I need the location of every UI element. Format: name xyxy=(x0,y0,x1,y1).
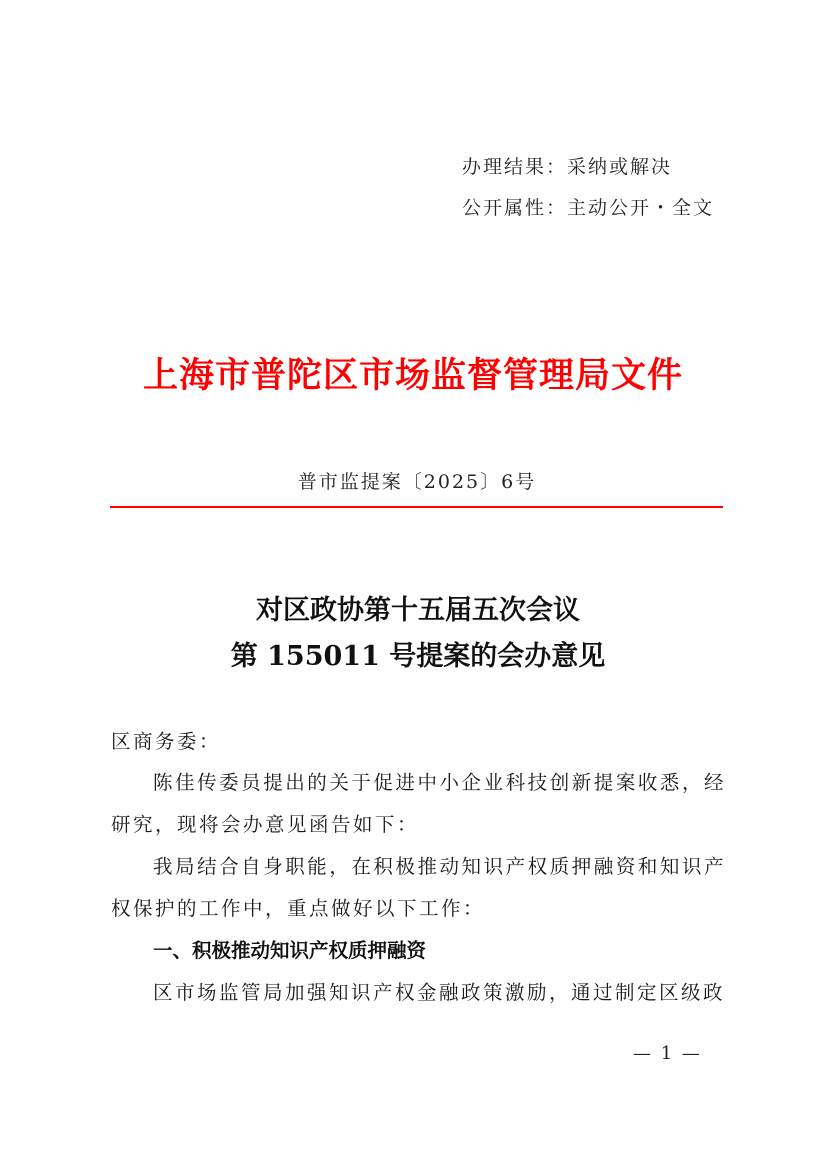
disclosure-attribute-label: 公开属性： xyxy=(462,197,567,219)
body-paragraph-2: 我局结合自身职能，在积极推动知识产权质押融资和知识产权保护的工作中，重点做好以下… xyxy=(111,846,726,930)
handling-result-label: 办理结果： xyxy=(462,156,567,178)
body-paragraph-3: 区市场监管局加强知识产权金融政策激励，通过制定区级政 xyxy=(111,972,726,1014)
document-masthead: 上海市普陀区市场监督管理局文件 xyxy=(0,348,826,398)
section-heading-1: 一、积极推动知识产权质押融资 xyxy=(153,930,426,972)
disclosure-attribute: 公开属性：主动公开・全文 xyxy=(462,193,714,220)
document-title-line-2: 第 155011 号提案的会办意见 xyxy=(0,634,826,673)
document-title-line-1: 对区政协第十五届五次会议 xyxy=(0,588,826,627)
salutation: 区商务委： xyxy=(111,721,726,763)
handling-result-value: 采纳或解决 xyxy=(567,156,672,178)
page-number: — 1 — xyxy=(633,1043,702,1064)
disclosure-attribute-value: 主动公开・全文 xyxy=(567,197,714,219)
body-paragraph-1: 陈佳传委员提出的关于促进中小企业科技创新提案收悉，经研究，现将会办意见函告如下： xyxy=(111,762,726,846)
document-number: 普市监提案〔2025〕6号 xyxy=(0,467,826,494)
handling-result: 办理结果：采纳或解决 xyxy=(462,152,672,179)
red-divider-line xyxy=(110,506,723,508)
